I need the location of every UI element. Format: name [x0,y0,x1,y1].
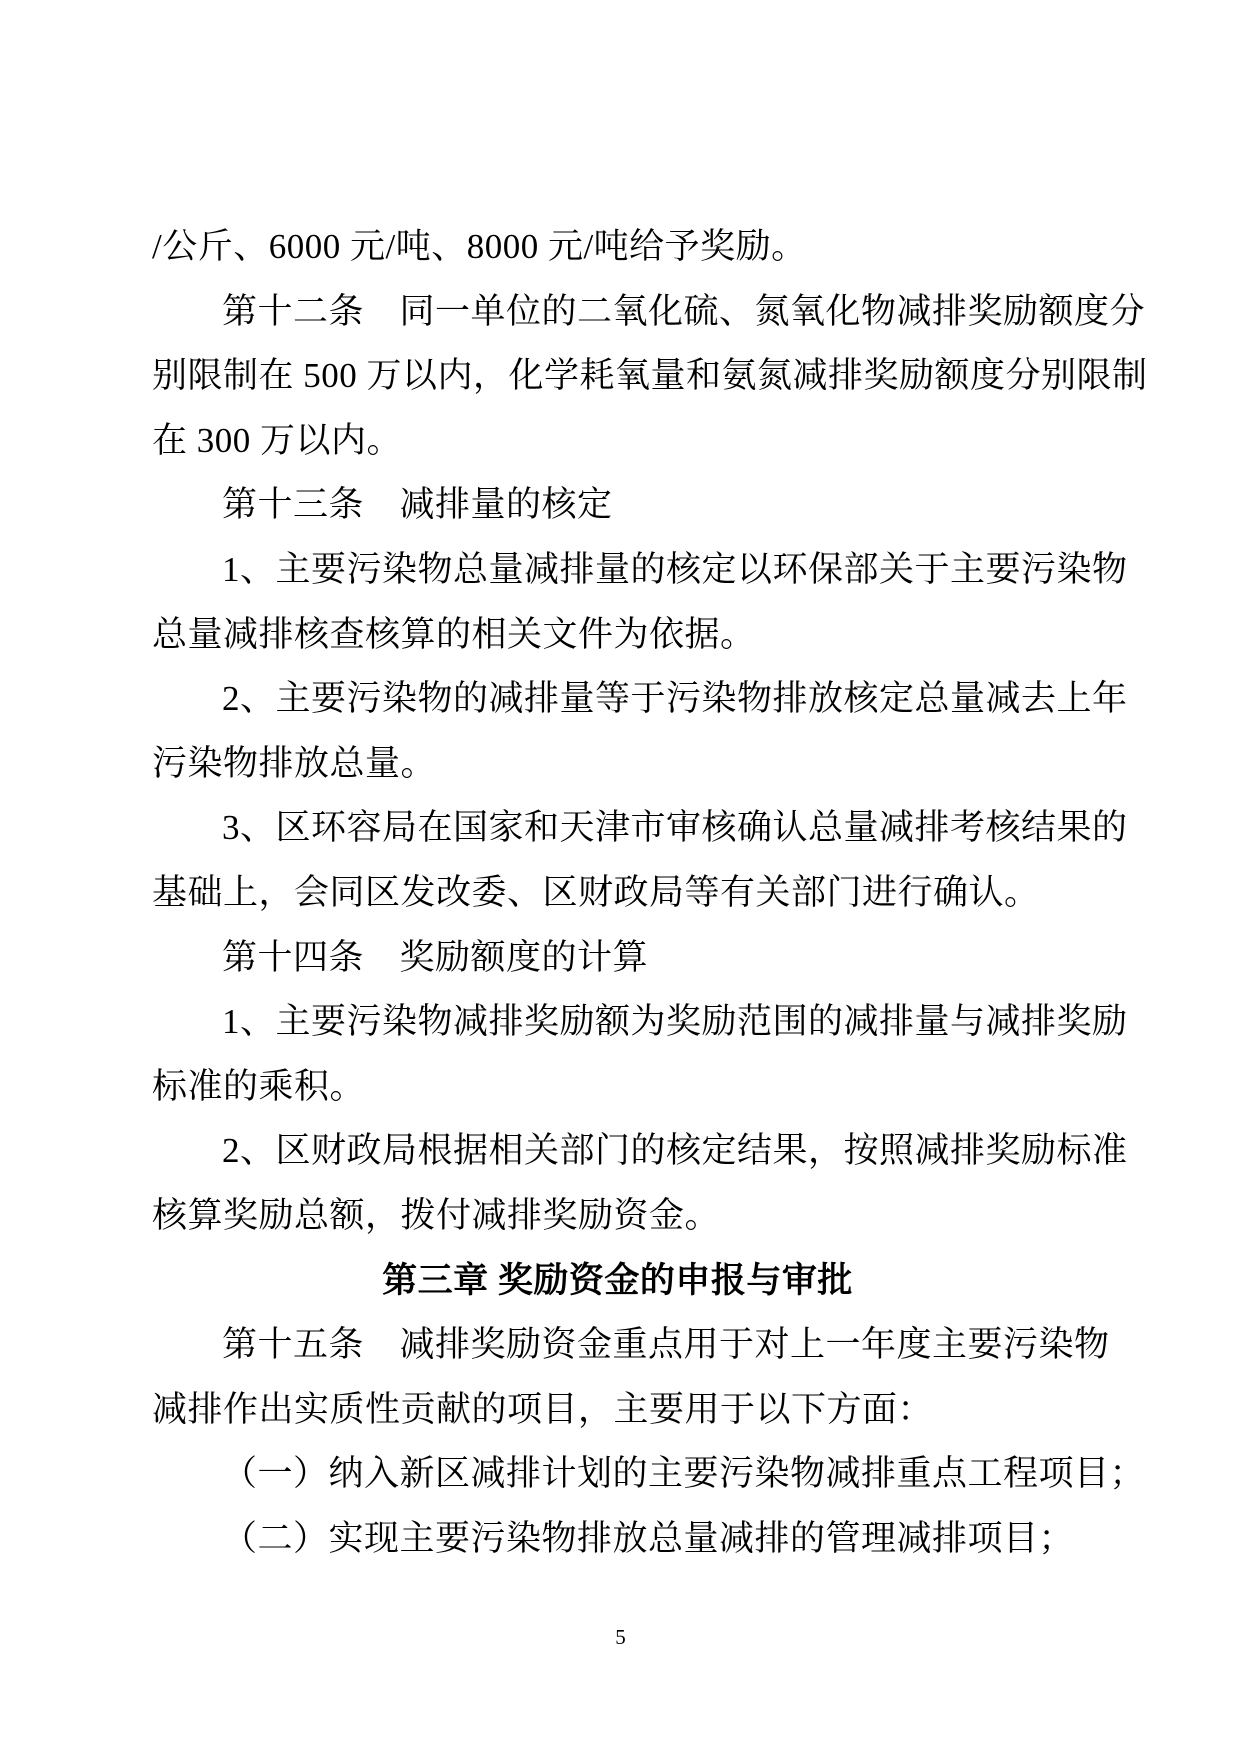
document-line: 第十四条 奖励额度的计算 [152,926,1083,991]
document-line: 第十三条 减排量的核定 [152,473,1083,538]
document-line: （二）实现主要污染物排放总量减排的管理减排项目； [152,1507,1083,1572]
document-line: 3、区环容局在国家和天津市审核确认总量减排考核结果的 [152,796,1083,861]
document-line: 减排作出实质性贡献的项目，主要用于以下方面： [152,1378,1083,1443]
document-line: （一）纳入新区减排计划的主要污染物减排重点工程项目； [152,1442,1083,1507]
document-line: 2、区财政局根据相关部门的核定结果，按照减排奖励标准 [152,1119,1083,1184]
document-line: 第十五条 减排奖励资金重点用于对上一年度主要污染物 [152,1313,1083,1378]
document-line: 核算奖励总额，拨付减排奖励资金。 [152,1184,1083,1249]
document-body: /公斤、6000 元/吨、8000 元/吨给予奖励。第十二条 同一单位的二氧化硫… [152,215,1083,1571]
document-line: 标准的乘积。 [152,1055,1083,1120]
document-line: 2、主要污染物的减排量等于污染物排放核定总量减去上年 [152,667,1083,732]
chapter-heading: 第三章 奖励资金的申报与审批 [152,1249,1083,1314]
document-line: 别限制在 500 万以内，化学耗氧量和氨氮减排奖励额度分别限制 [152,344,1083,409]
document-line: 基础上，会同区发改委、区财政局等有关部门进行确认。 [152,861,1083,926]
document-line: /公斤、6000 元/吨、8000 元/吨给予奖励。 [152,215,1083,280]
document-line: 1、主要污染物总量减排量的核定以环保部关于主要污染物 [152,538,1083,603]
document-page: /公斤、6000 元/吨、8000 元/吨给予奖励。第十二条 同一单位的二氧化硫… [0,0,1241,1754]
document-line: 总量减排核查核算的相关文件为依据。 [152,603,1083,668]
document-line: 1、主要污染物减排奖励额为奖励范围的减排量与减排奖励 [152,990,1083,1055]
document-line: 在 300 万以内。 [152,409,1083,474]
document-line: 污染物排放总量。 [152,732,1083,797]
page-number: 5 [0,1622,1241,1652]
document-line: 第十二条 同一单位的二氧化硫、氮氧化物减排奖励额度分 [152,280,1083,345]
